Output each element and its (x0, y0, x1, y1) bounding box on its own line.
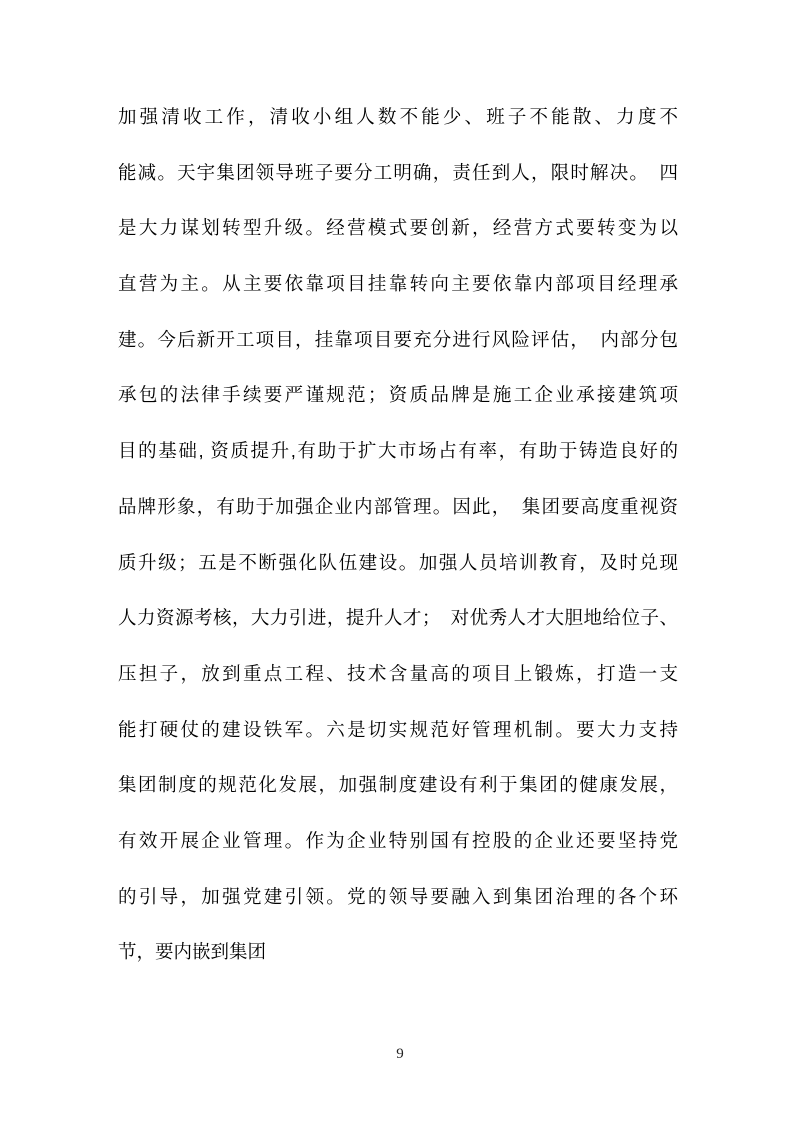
text-line: 能减。天宇集团领导班子要分工明确，责任到人，限时解决。 四 (118, 145, 678, 201)
text-line: 压担子，放到重点工程、技术含量高的项目上锻炼，打造一支 (118, 646, 678, 702)
text-line: 质升级；五是不断强化队伍建设。加强人员培训教育，及时兑现 (118, 535, 678, 591)
text-line: 人力资源考核，大力引进，提升人才； 对优秀人才大胆地给位子、 (118, 590, 678, 646)
text-line: 的引导，加强党建引领。党的领导要融入到集团治理的各个环 (118, 869, 678, 925)
text-line: 能打硬仗的建设铁军。六是切实规范好管理机制。要大力支持 (118, 702, 678, 758)
text-line: 集团制度的规范化发展，加强制度建设有利于集团的健康发展， (118, 757, 678, 813)
text-line: 建。今后新开工项目，挂靠项目要充分进行风险评估， 内部分包 (118, 312, 678, 368)
text-line: 是大力谋划转型升级。经营模式要创新，经营方式要转变为以 (118, 200, 678, 256)
document-page: 加强清收工作，清收小组人数不能少、班子不能散、力度不 能减。天宇集团领导班子要分… (0, 0, 800, 1131)
text-line: 有效开展企业管理。作为企业特别国有控股的企业还要坚持党 (118, 813, 678, 869)
text-line: 品牌形象，有助于加强企业内部管理。因此， 集团要高度重视资 (118, 479, 678, 535)
text-line: 加强清收工作，清收小组人数不能少、班子不能散、力度不 (118, 89, 678, 145)
text-line: 承包的法律手续要严谨规范；资质品牌是施工企业承接建筑项 (118, 367, 678, 423)
page-number: 9 (0, 1046, 800, 1063)
text-line: 目的基础, 资质提升,有助于扩大市场占有率，有助于铸造良好的 (118, 423, 678, 479)
text-line: 直营为主。从主要依靠项目挂靠转向主要依靠内部项目经理承 (118, 256, 678, 312)
body-text-block: 加强清收工作，清收小组人数不能少、班子不能散、力度不 能减。天宇集团领导班子要分… (118, 89, 678, 980)
text-line: 节，要内嵌到集团 (118, 924, 678, 980)
